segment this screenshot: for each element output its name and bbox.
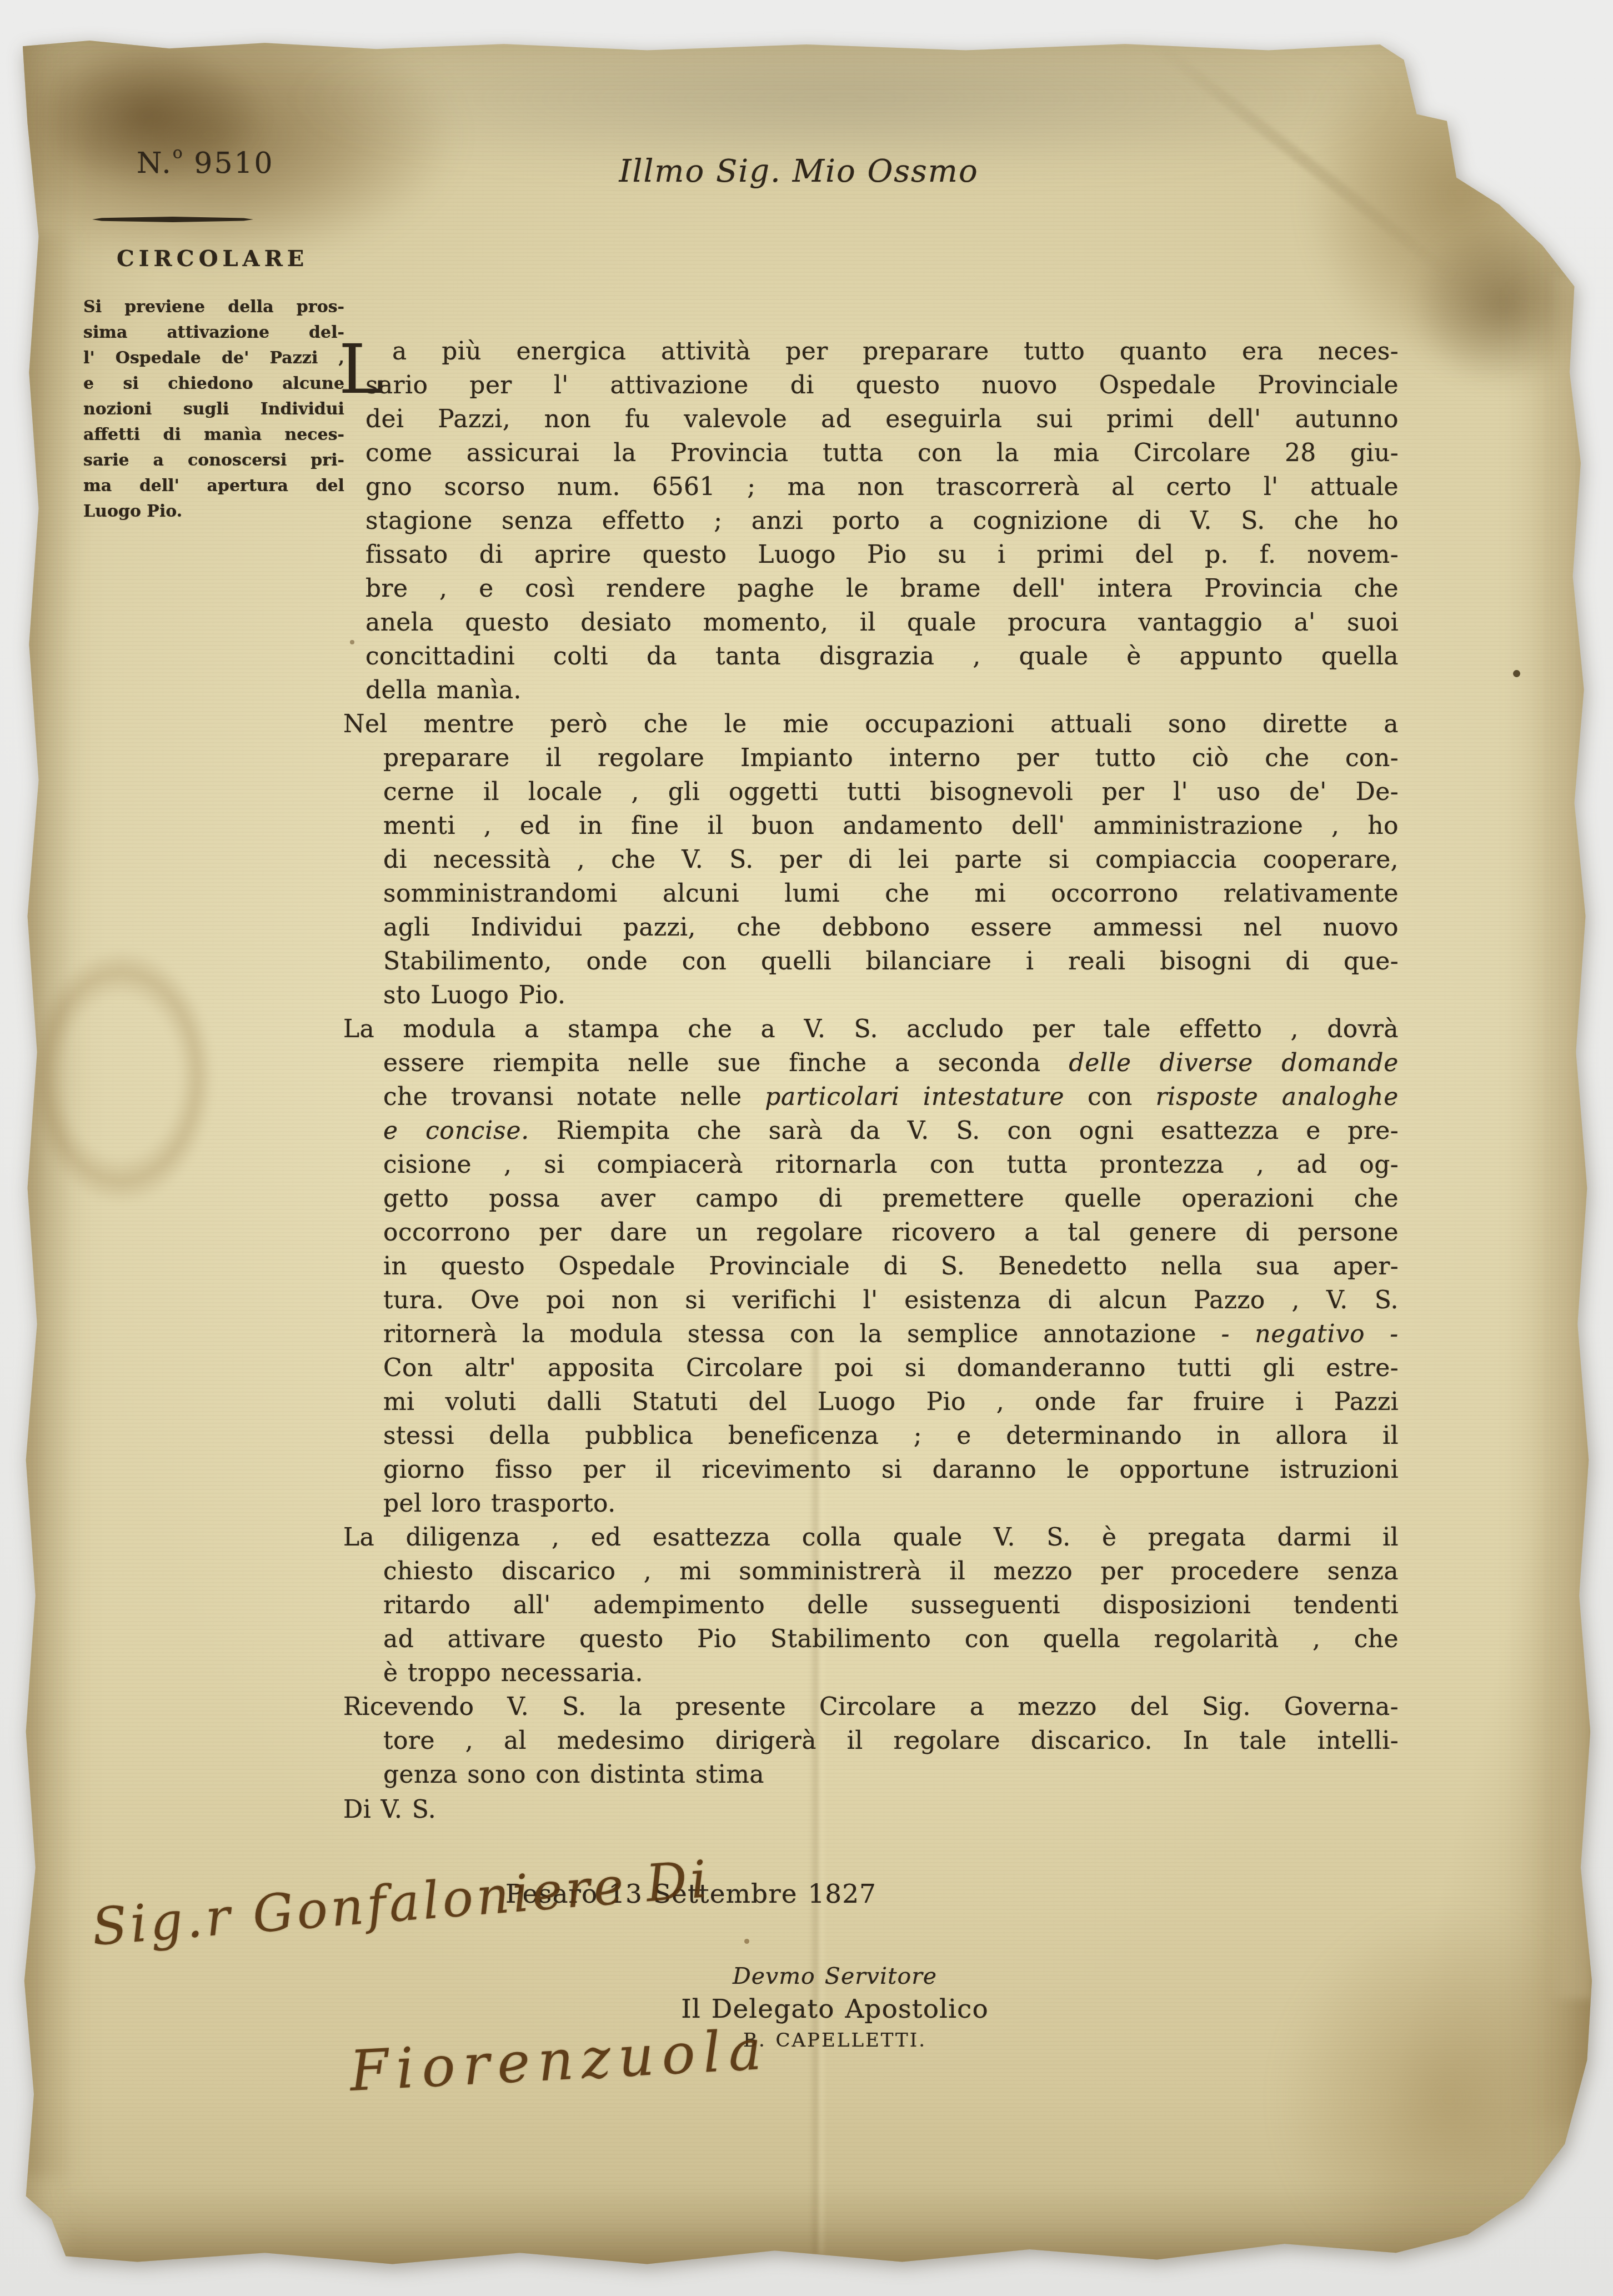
- text-segment: agli Individui pazzi, che debbono essere…: [383, 913, 1399, 942]
- text-segment: tore , al medesimo dirigerà il regolare …: [383, 1727, 1399, 1755]
- tapered-rule: [92, 217, 253, 222]
- body-line: di necessità , che V. S. per di lei part…: [343, 843, 1399, 877]
- text-segment: è troppo necessaria.: [383, 1659, 643, 1687]
- body-line: mi voluti dalli Statuti del Luogo Pio , …: [343, 1385, 1399, 1419]
- body-line: genza sono con distinta stima: [343, 1758, 1399, 1792]
- text-segment: occorrono per dare un regolare ricovero …: [383, 1218, 1399, 1247]
- text-segment: chiesto discarico , mi somministrerà il …: [383, 1557, 1399, 1585]
- document-number-ordinal: o: [173, 143, 183, 163]
- text-segment: somministrandomi alcuni lumi che mi occo…: [383, 879, 1399, 908]
- body-line: La modula a stampa che a V. S. accludo p…: [343, 1012, 1399, 1046]
- body-line: dei Pazzi, non fu valevole ad eseguirla …: [343, 402, 1399, 436]
- body-line: e concise. Riempita che sarà da V. S. co…: [343, 1114, 1399, 1148]
- margin-note-line: Si previene della pros-: [83, 294, 344, 320]
- paper-shadow-wrap: N.o 9510 CIRCOLARE Si previene della pro…: [0, 0, 1613, 2296]
- body-line: preparare il regolare Impianto interno p…: [343, 741, 1399, 775]
- text-segment: sario per l' attivazione di questo nuovo…: [365, 371, 1399, 399]
- body-line: concittadini colti da tanta disgrazia , …: [343, 639, 1399, 673]
- paragraph: Nel mentre però che le mie occupazioni a…: [343, 707, 1399, 1012]
- text-segment: che trovansi notate nelle: [383, 1083, 765, 1111]
- signer-title: Il Delegato Apostolico: [529, 1992, 1140, 2027]
- text-segment: anela questo desiato momento, il quale p…: [365, 608, 1399, 637]
- text-segment: ad attivare questo Pio Stabilimento con …: [383, 1625, 1399, 1653]
- stain-top-right: [1304, 16, 1613, 371]
- water-ring-left: [16, 932, 227, 1221]
- text-segment: particolari intestature: [765, 1083, 1064, 1111]
- text-segment: Ricevendo V. S. la presente Circolare a …: [343, 1693, 1399, 1721]
- margin-summary: Si previene della pros-sima attivazione …: [83, 294, 344, 524]
- paragraph: Ricevendo V. S. la presente Circolare a …: [343, 1690, 1399, 1792]
- text-segment: Con altr' apposita Circolare poi si doma…: [383, 1354, 1399, 1382]
- text-segment: dei Pazzi, non fu valevole ad eseguirla …: [365, 405, 1399, 433]
- body-line: a più energica attività per preparare tu…: [343, 334, 1399, 368]
- stain-top-left: [0, 4, 460, 266]
- body-line: agli Individui pazzi, che debbono essere…: [343, 911, 1399, 944]
- body-line: anela questo desiato momento, il quale p…: [343, 606, 1399, 639]
- body-line: cerne il locale , gli oggetti tutti biso…: [343, 775, 1399, 809]
- body-line: Nel mentre però che le mie occupazioni a…: [343, 707, 1399, 741]
- text-segment: ritardo all' adempimento delle susseguen…: [383, 1591, 1399, 1619]
- body-line: come assicurai la Provincia tutta con la…: [343, 436, 1399, 470]
- margin-note-line: e si chiedono alcune: [83, 371, 344, 397]
- text-segment: Stabilimento, onde con quelli bilanciare…: [383, 947, 1399, 976]
- text-segment: genza sono con distinta stima: [383, 1760, 764, 1789]
- body-line: essere riempita nelle sue finche a secon…: [343, 1046, 1399, 1080]
- paragraph: La modula a stampa che a V. S. accludo p…: [343, 1012, 1399, 1520]
- body-line: sto Luogo Pio.: [343, 978, 1399, 1012]
- body-line: menti , ed in fine il buon andamento del…: [343, 809, 1399, 843]
- text-segment: in questo Ospedale Provinciale di S. Ben…: [383, 1252, 1399, 1280]
- stain-bottom-band: [66, 2188, 1565, 2277]
- deckle-right-highlight: [1549, 277, 1593, 1999]
- body-line: ad attivare questo Pio Stabilimento con …: [343, 1622, 1399, 1656]
- text-segment: mi voluti dalli Statuti del Luogo Pio , …: [383, 1388, 1399, 1416]
- salutation: Illmo Sig. Mio Ossmo: [554, 153, 1043, 189]
- body-line: tura. Ove poi non si verifichi l' esiste…: [343, 1283, 1399, 1317]
- body-line: gno scorso num. 6561 ; ma non trascorrer…: [343, 470, 1399, 504]
- margin-note-line: Luogo Pio.: [83, 499, 344, 524]
- margin-note-line: affetti di manìa neces-: [83, 422, 344, 448]
- text-segment: getto possa aver campo di premettere que…: [383, 1184, 1399, 1213]
- paper-sheet: N.o 9510 CIRCOLARE Si previene della pro…: [10, 10, 1603, 2275]
- stain-top-right-dark: [1410, 221, 1599, 388]
- body-line: che trovansi notate nelle particolari in…: [343, 1080, 1399, 1114]
- text-segment: menti , ed in fine il buon andamento del…: [383, 812, 1399, 840]
- margin-note-line: sima attivazione del-: [83, 320, 344, 346]
- body-line: La diligenza , ed esattezza colla quale …: [343, 1520, 1399, 1554]
- text-segment: cerne il locale , gli oggetti tutti biso…: [383, 778, 1399, 806]
- circolare-heading: CIRCOLARE: [117, 246, 308, 272]
- document-number-value: 9510: [194, 147, 274, 180]
- body-line: occorrono per dare un regolare ricovero …: [343, 1215, 1399, 1249]
- crease-diagonal: [1147, 36, 1461, 285]
- body-line: pel loro trasporto.: [343, 1487, 1399, 1520]
- paragraph: La diligenza , ed esattezza colla quale …: [343, 1520, 1399, 1690]
- stain-right-band: [1510, 288, 1613, 2121]
- text-segment: tura. Ove poi non si verifichi l' esiste…: [383, 1286, 1399, 1314]
- body-line: ritornerà la modula stessa con la sempli…: [343, 1317, 1399, 1351]
- body-line: Ricevendo V. S. la presente Circolare a …: [343, 1690, 1399, 1724]
- text-segment: ritornerà la modula stessa con la sempli…: [383, 1320, 1221, 1348]
- body-line: getto possa aver campo di premettere que…: [343, 1182, 1399, 1215]
- text-segment: concittadini colti da tanta disgrazia , …: [365, 642, 1399, 671]
- text-segment: essere riempita nelle sue finche a secon…: [383, 1049, 1069, 1077]
- text-segment: con: [1064, 1083, 1155, 1111]
- body-line: in questo Ospedale Provinciale di S. Ben…: [343, 1249, 1399, 1283]
- body-line: ritardo all' adempimento delle susseguen…: [343, 1588, 1399, 1622]
- valediction: Devmo Servitore: [529, 1960, 1140, 1992]
- body-line: Stabilimento, onde con quelli bilanciare…: [343, 944, 1399, 978]
- body-line: stessi della pubblica beneficenza ; e de…: [343, 1419, 1399, 1453]
- document-number: N.o 9510: [137, 143, 274, 180]
- body-line: somministrandomi alcuni lumi che mi occo…: [343, 877, 1399, 911]
- body-line: cisione , si compiacerà ritornarla con t…: [343, 1148, 1399, 1182]
- text-segment: risposte analoghe: [1156, 1083, 1399, 1111]
- text-segment: delle diverse domande: [1069, 1049, 1399, 1077]
- body-line: è troppo necessaria.: [343, 1656, 1399, 1690]
- body-line: sario per l' attivazione di questo nuovo…: [343, 368, 1399, 402]
- text-segment: gno scorso num. 6561 ; ma non trascorrer…: [365, 473, 1399, 501]
- text-segment: bre , e così rendere paghe le brame dell…: [365, 574, 1399, 603]
- text-segment: cisione , si compiacerà ritornarla con t…: [383, 1150, 1399, 1179]
- paragraph: La più energica attività per preparare t…: [343, 334, 1399, 707]
- text-segment: sto Luogo Pio.: [383, 981, 565, 1009]
- letter-body: La più energica attività per preparare t…: [343, 334, 1399, 2054]
- paragraphs: La più energica attività per preparare t…: [343, 334, 1399, 1792]
- body-line: tore , al medesimo dirigerà il regolare …: [343, 1724, 1399, 1758]
- text-segment: Riempita che sarà da V. S. con ogni esat…: [529, 1117, 1399, 1145]
- margin-note-line: sarie a conoscersi pri-: [83, 448, 344, 473]
- margin-note-line: nozioni sugli Individui: [83, 397, 344, 422]
- text-segment: giorno fisso per il ricevimento si daran…: [383, 1455, 1399, 1484]
- body-line: chiesto discarico , mi somministrerà il …: [343, 1554, 1399, 1588]
- body-line: bre , e così rendere paghe le brame dell…: [343, 572, 1399, 606]
- text-segment: della manìa.: [365, 676, 522, 704]
- text-segment: e concise.: [383, 1117, 529, 1145]
- text-segment: stagione senza effetto ; anzi porto a co…: [365, 507, 1399, 535]
- body-line: stagione senza effetto ; anzi porto a co…: [343, 504, 1399, 538]
- body-line: giorno fisso per il ricevimento si daran…: [343, 1453, 1399, 1487]
- body-line: fissato di aprire questo Luogo Pio su i …: [343, 538, 1399, 572]
- text-segment: fissato di aprire questo Luogo Pio su i …: [365, 541, 1399, 569]
- text-segment: La modula a stampa che a V. S. accludo p…: [343, 1015, 1399, 1043]
- text-segment: di necessità , che V. S. per di lei part…: [383, 846, 1399, 874]
- drop-cap: L: [339, 336, 384, 403]
- text-segment: pel loro trasporto.: [383, 1489, 616, 1518]
- closing-line: Di V. S.: [343, 1793, 1399, 1827]
- body-line: Con altr' apposita Circolare poi si doma…: [343, 1351, 1399, 1385]
- document-number-prefix: N.: [137, 147, 173, 180]
- text-segment: - negativo -: [1221, 1320, 1399, 1348]
- text-segment: come assicurai la Provincia tutta con la…: [365, 439, 1399, 467]
- text-segment: preparare il regolare Impianto interno p…: [383, 744, 1399, 772]
- margin-note-line: l' Ospedale de' Pazzi ,: [83, 346, 344, 371]
- body-line: della manìa.: [343, 673, 1399, 707]
- stain-left-band: [20, 232, 81, 2177]
- document-scan: N.o 9510 CIRCOLARE Si previene della pro…: [0, 0, 1613, 2296]
- text-segment: a più energica attività per preparare tu…: [392, 337, 1399, 366]
- margin-note-line: ma dell' apertura del: [83, 473, 344, 499]
- text-segment: stessi della pubblica beneficenza ; e de…: [383, 1422, 1399, 1450]
- ink-fleck: [1513, 670, 1520, 677]
- text-segment: Nel mentre però che le mie occupazioni a…: [343, 710, 1399, 738]
- text-segment: La diligenza , ed esattezza colla quale …: [343, 1523, 1399, 1552]
